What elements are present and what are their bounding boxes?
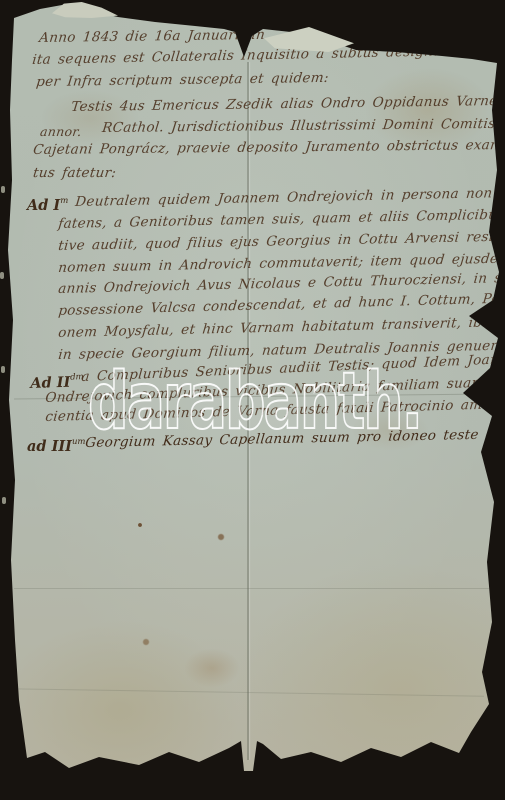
manuscript-line: Anno 1843 die 16a Januarii in [38,28,266,47]
manuscript-line: tus fatetur: [32,166,117,182]
paragraph-marker-ad-1: Ad Im [27,196,68,214]
photo-background: Anno 1843 die 16a Januarii in ita sequen… [0,0,505,800]
manuscript-line: RCathol. Jurisdictionibus Illustrissimi … [101,117,496,137]
manuscript-line: tive audiit, quod filius ejus Georgius i… [57,229,505,254]
marker-superscript: um [72,437,86,447]
manuscript-line: Testis 4us Emericus Zsedik alias Ondro O… [70,94,505,116]
marker-base: ad III [27,438,72,455]
darabanth-watermark: darabanth. [88,363,421,441]
manuscript-line: Cajetani Pongrácz, praevie deposito Jura… [32,138,505,159]
manuscript-line: fatens, a Genitoribus tamen suis, quam e… [57,207,505,233]
manuscript-line: Deutralem quidem Joannem Ondrejovich in … [74,185,505,210]
marker-base: Ad I [27,197,60,214]
paper-fragment [1,186,5,193]
paper-fragment [1,366,5,373]
torn-paper-flap [52,2,118,18]
manuscript-line: onem Moysfalu, et hinc Varnam habitatum … [57,315,505,342]
paper-fragment [0,272,4,279]
marker-superscript: m [60,196,68,206]
manuscript-line: per Infra scriptum suscepta et quidem: [35,71,329,91]
manuscript-line: annor. [39,125,82,139]
paper-fragment [2,497,6,504]
paragraph-marker-ad-3: ad IIIum [27,437,85,455]
manuscript-line: ita sequens est Collateralis Inquisitio … [31,42,505,68]
horizontal-fold-line [14,588,490,589]
